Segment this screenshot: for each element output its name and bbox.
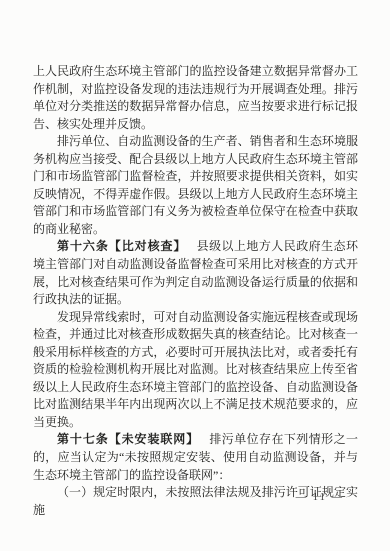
- document-text-block: 上人民政府生态环境主管部门的监控设备建立数据异常督办工作机制，对监控设备发现的违…: [33, 63, 358, 519]
- paragraph-article-16: 第十六条【比对核查】县级以上地方人民政府生态环境主管部门对自动监测设备监督检查可…: [33, 238, 358, 308]
- paragraph: 排污单位、自动监测设备的生产者、销售者和生态环境服务机构应当接受、配合县级以上地…: [33, 133, 358, 238]
- article-heading-17: 第十七条【未安装联网】: [57, 432, 199, 446]
- paragraph-continuation: 上人民政府生态环境主管部门的监控设备建立数据异常督办工作机制，对监控设备发现的违…: [33, 63, 358, 133]
- article-heading-16: 第十六条【比对核查】: [57, 239, 186, 253]
- paragraph-article-17: 第十七条【未安装联网】排污单位存在下列情形之一的，应当认定为“未按照规定安装、使…: [33, 431, 358, 484]
- paragraph: 发现异常线索时，可对自动监测设备实施远程核查或现场检查，并通过比对核查形成数据失…: [33, 309, 358, 432]
- page-number: — 11 —: [296, 492, 344, 503]
- document-page: 上人民政府生态环境主管部门的监控设备建立数据异常督办工作机制，对监控设备发现的违…: [0, 0, 390, 551]
